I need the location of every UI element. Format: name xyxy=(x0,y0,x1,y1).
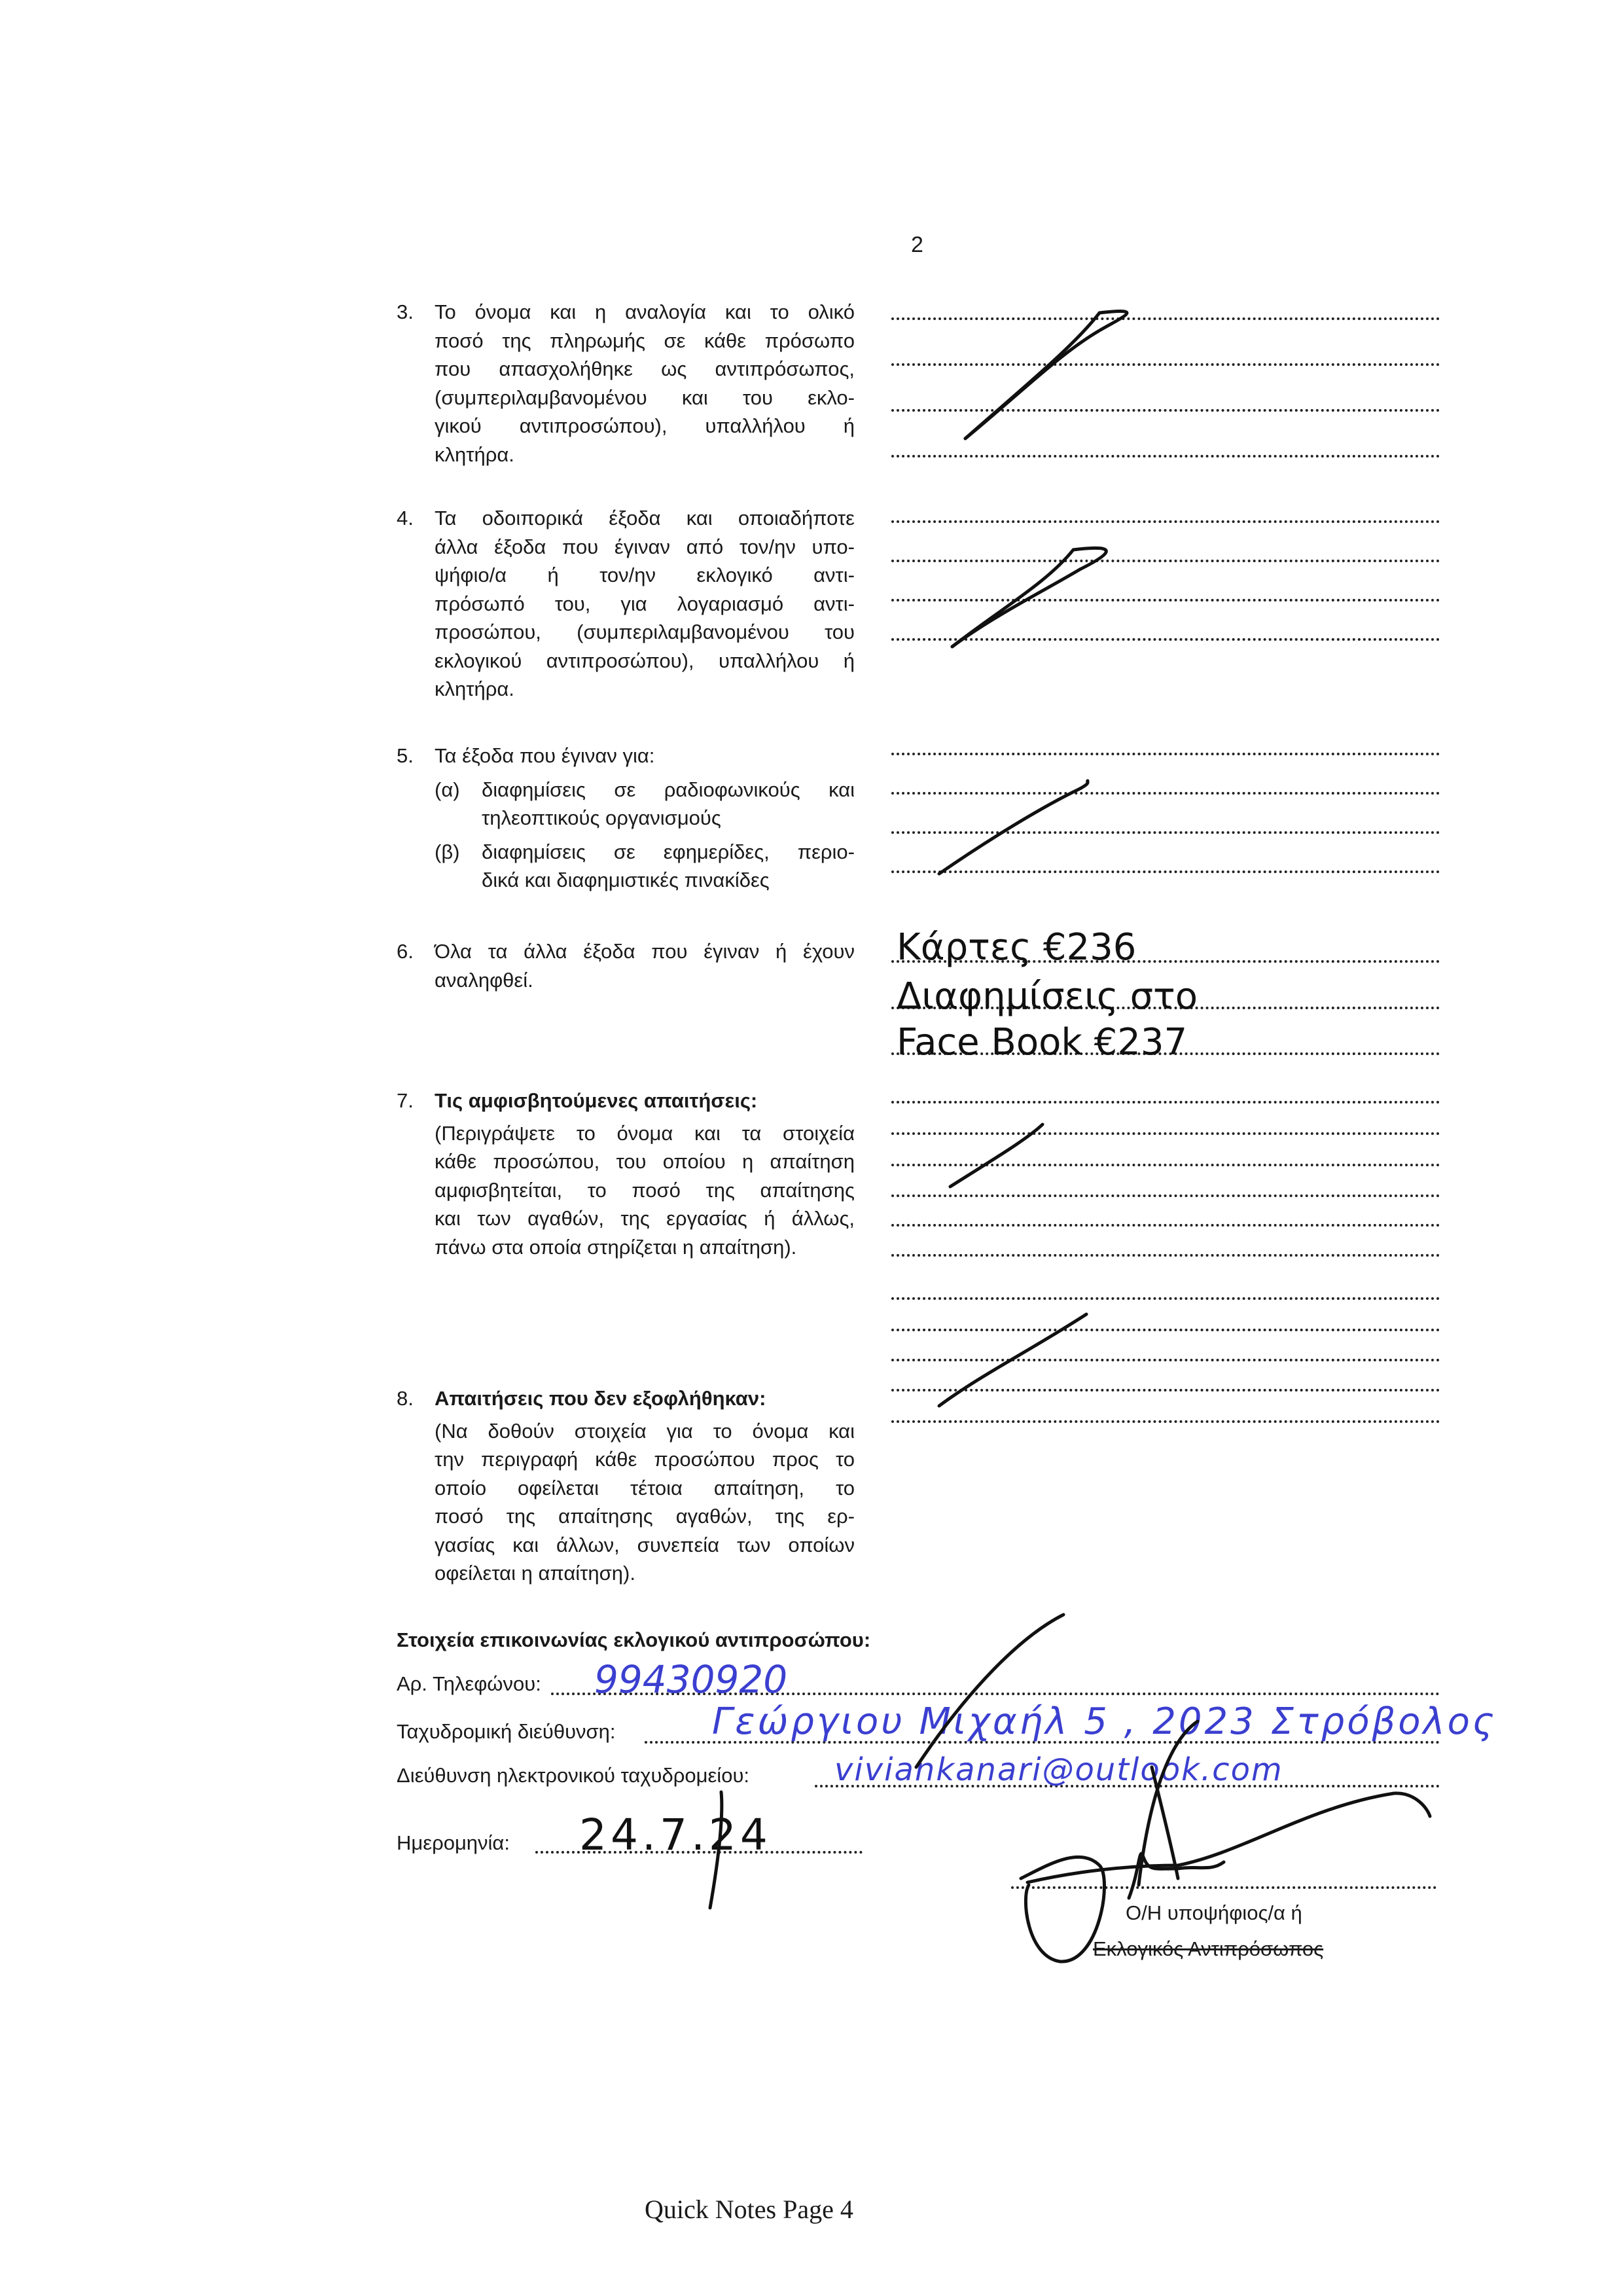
item-text-line: αμφισβητείται, το ποσό της απαίτησης xyxy=(435,1176,855,1205)
answer-line-1: Κάρτες €236 xyxy=(897,926,1136,969)
answer-dotted-line xyxy=(891,638,1440,641)
answer-dotted-line xyxy=(891,363,1440,366)
answer-dotted-line xyxy=(891,792,1440,795)
item-text-line: εκλογικού αντιπροσώπου), υπαλλήλου ή xyxy=(435,647,855,675)
item-7: 7. Τις αμφισβητούμενες απαιτήσεις: (Περι… xyxy=(397,1086,855,1261)
answer-dotted-line xyxy=(891,1389,1440,1391)
item-3: 3. Το όνομα και η αναλογία και το ολικό … xyxy=(397,298,855,469)
item-text-line: προσώπου, (συμπεριλαμβανομένου του xyxy=(435,618,855,647)
answer-dotted-line xyxy=(891,1420,1440,1423)
item-title: Απαιτήσεις που δεν εξοφλήθηκαν: xyxy=(435,1384,855,1413)
item-text-line: πάνω στα οποία στηρίζεται η απαίτηση). xyxy=(435,1233,855,1262)
item-text-line: (Να δοθούν στοιχεία για το όνομα και xyxy=(435,1417,855,1446)
item-title: Τις αμφισβητούμενες απαιτήσεις: xyxy=(435,1086,855,1115)
item-text-line: (συμπεριλαμβανομένου και του εκλο- xyxy=(435,384,855,412)
answer-dotted-line xyxy=(891,599,1440,601)
answer-dotted-line xyxy=(891,1132,1440,1135)
crossout-item-5-icon xyxy=(939,781,1088,874)
answer-dotted-line xyxy=(891,1164,1440,1166)
item-number: 8. xyxy=(397,1384,429,1413)
item-text-line: κάθε προσώπου, του οποίου η απαίτηση xyxy=(435,1147,855,1176)
item-4: 4. Τα οδοιπορικά έξοδα και οποιαδήποτε ά… xyxy=(397,504,855,704)
subitem-text-line: διαφημίσεις σε εφημερίδες, περιο- xyxy=(482,838,855,867)
email-label: Διεύθυνση ηλεκτρονικού ταχυδρομείου: xyxy=(397,1764,749,1787)
signature-icon xyxy=(916,1615,1063,1767)
address-label: Ταχυδρομική διεύθυνση: xyxy=(397,1720,616,1744)
subitem-b: (β) διαφημίσεις σε εφημερίδες, περιο- δι… xyxy=(435,838,855,895)
answer-dotted-line xyxy=(891,409,1440,412)
answer-dotted-line xyxy=(891,1194,1440,1197)
item-text-line: Όλα τα άλλα έξοδα που έγιναν ή έχουν xyxy=(435,937,855,966)
answer-dotted-line xyxy=(891,753,1440,755)
crossout-item-3-icon xyxy=(965,312,1127,439)
answer-dotted-line xyxy=(891,1329,1440,1331)
item-text-line: γασίας και άλλων, συνεπεία των οποίων xyxy=(435,1531,855,1560)
item-number: 4. xyxy=(397,504,429,533)
item-text-line: οφείλεται η απαίτηση). xyxy=(435,1559,855,1588)
item-text-line: γικού αντιπροσώπου), υπαλλήλου ή xyxy=(435,412,855,440)
answer-dotted-line xyxy=(891,1254,1440,1257)
item-text-line: Το όνομα και η αναλογία και το ολικό xyxy=(435,298,855,327)
item-title: Τα έξοδα που έγιναν για: xyxy=(435,742,855,770)
contact-section-title: Στοιχεία επικοινωνίας εκλογικού αντιπροσ… xyxy=(397,1628,870,1652)
subitem-label: (β) xyxy=(435,838,474,867)
item-text-line: κλητήρα. xyxy=(435,675,855,704)
answer-dotted-line xyxy=(891,1101,1440,1103)
item-text-line: ποσό της απαίτησης αγαθών, της ερ- xyxy=(435,1502,855,1531)
phone-label: Αρ. Τηλεφώνου: xyxy=(397,1672,541,1696)
item-5: 5. Τα έξοδα που έγιναν για: (α) διαφημίσ… xyxy=(397,742,855,895)
subitem-label: (α) xyxy=(435,776,474,804)
footer-text: Quick Notes Page 4 xyxy=(645,2194,853,2225)
address-value[interactable]: Γεώργιου Μιχαήλ 5 , 2023 Στρόβολος xyxy=(712,1700,1497,1743)
signature-dotted-line xyxy=(1011,1886,1436,1889)
item-6: 6. Όλα τα άλλα έξοδα που έγιναν ή έχουν … xyxy=(397,937,855,994)
answer-dotted-line xyxy=(891,1297,1440,1300)
subitem-a: (α) διαφημίσεις σε ραδιοφωνικούς και τηλ… xyxy=(435,776,855,833)
date-value[interactable]: 24.7.24 xyxy=(579,1810,772,1860)
item-text-line: Τα οδοιπορικά έξοδα και οποιαδήποτε xyxy=(435,504,855,533)
signature-role-line1: Ο/Η υποψήφιος/α ή xyxy=(1126,1901,1302,1925)
item-text-line: άλλα έξοδα που έγιναν από τον/ην υπο- xyxy=(435,533,855,562)
item-text-line: κλητήρα. xyxy=(435,440,855,469)
item-number: 7. xyxy=(397,1086,429,1115)
item-text-line: ποσό της πληρωμής σε κάθε πρόσωπο xyxy=(435,327,855,355)
answer-dotted-line xyxy=(891,455,1440,457)
item-text-line: ψήφιο/α ή τον/ην εκλογικό αντι- xyxy=(435,561,855,590)
item-8: 8. Απαιτήσεις που δεν εξοφλήθηκαν: (Να δ… xyxy=(397,1384,855,1588)
item-number: 5. xyxy=(397,742,429,770)
item-text-line: την περιγραφή κάθε προσώπου προς το xyxy=(435,1445,855,1474)
page-number: 2 xyxy=(911,232,923,258)
answer-dotted-line xyxy=(891,560,1440,562)
answer-dotted-line xyxy=(891,520,1440,523)
item-text-line: πρόσωπό του, για λογαριασμό αντι- xyxy=(435,590,855,619)
item-text-line: και των αγαθών, της εργασίας ή άλλως, xyxy=(435,1204,855,1233)
answer-line-2: Διαφημίσεις στο xyxy=(897,975,1198,1018)
answer-dotted-line xyxy=(891,1224,1440,1227)
email-value[interactable]: viviankanari@outlook.com xyxy=(834,1751,1283,1788)
item-number: 6. xyxy=(397,937,429,966)
item-text-line: που απασχολήθηκε ως αντιπρόσωπος, xyxy=(435,355,855,384)
subitem-text-line: διαφημίσεις σε ραδιοφωνικούς και xyxy=(482,776,855,804)
date-label: Ημερομηνία: xyxy=(397,1831,510,1855)
answer-dotted-line xyxy=(891,831,1440,834)
item-text-line: (Περιγράψετε το όνομα και τα στοιχεία xyxy=(435,1119,855,1148)
subitem-text-line: δικά και διαφημιστικές πινακίδες xyxy=(482,866,855,895)
signature-role-line2: Εκλογικός Αντιπρόσωπος xyxy=(1093,1937,1323,1961)
item-text-line: αναληφθεί. xyxy=(435,966,855,995)
answer-line-3: Face Book €237 xyxy=(897,1021,1187,1064)
answer-dotted-line xyxy=(891,317,1440,320)
phone-value[interactable]: 99430920 xyxy=(594,1657,787,1702)
item-number: 3. xyxy=(397,298,429,327)
item-text-line: οποίο οφείλεται τέτοια απαίτηση, το xyxy=(435,1474,855,1503)
crossout-item-4-icon xyxy=(952,548,1106,647)
answer-dotted-line xyxy=(891,870,1440,873)
answer-dotted-line xyxy=(891,1359,1440,1361)
subitem-text-line: τηλεοπτικούς οργανισμούς xyxy=(482,804,855,833)
